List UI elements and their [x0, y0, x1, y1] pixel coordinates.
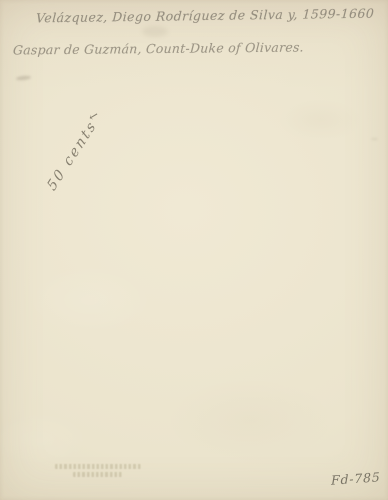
subject-annotation: Gaspar de Guzmán, Count-Duke of Olivares…: [13, 39, 305, 57]
price-note-text: 50 cents: [44, 117, 100, 194]
stamp-line-2: [73, 472, 123, 477]
artist-annotation: Velázquez, Diego Rodríguez de Silva y, 1…: [36, 6, 375, 26]
price-annotation: 50 cents↖: [44, 109, 105, 194]
photo-verso-card: Velázquez, Diego Rodríguez de Silva y, 1…: [0, 0, 388, 500]
stamp-line-1: [55, 464, 141, 469]
pencil-smudge: [16, 75, 31, 81]
catalog-number-annotation: Fd-785: [331, 469, 381, 487]
photographer-stamp-illegible: [55, 464, 145, 478]
tiny-pencil-mark: [371, 138, 378, 140]
paper-texture: [0, 0, 388, 500]
eraser-smudge: [142, 26, 168, 37]
